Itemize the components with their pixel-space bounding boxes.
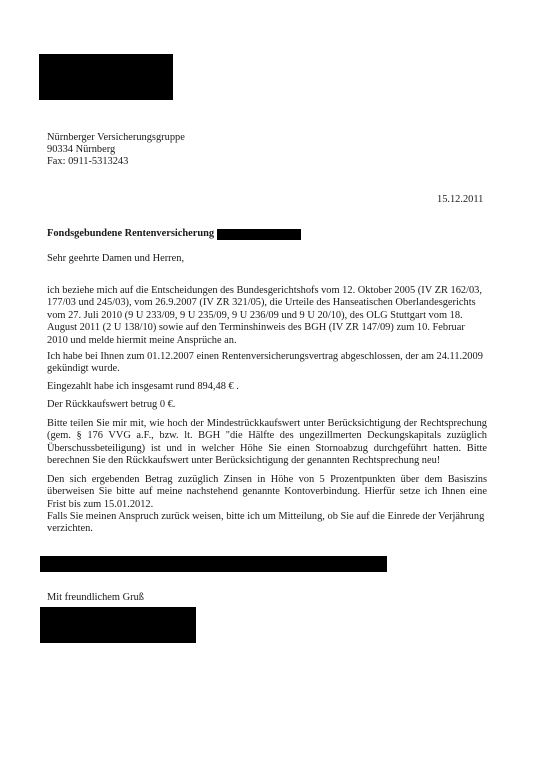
- recipient-fax: Fax: 0911-5313243: [47, 156, 185, 168]
- letter-date: 15.12.2011: [437, 194, 483, 206]
- recipient-name: Nürnberger Versicherungsgruppe: [47, 132, 185, 144]
- paragraph-request: Bitte teilen Sie mir mit, wie hoch der M…: [47, 418, 487, 468]
- redacted-signature: [40, 607, 196, 643]
- recipient-city: 90334 Nürnberg: [47, 144, 185, 156]
- paragraph-payment-deadline: Den sich ergebenden Betrag zuzüglich Zin…: [47, 474, 487, 511]
- redacted-contract-number: [217, 229, 301, 240]
- paragraph-paid-amount: Eingezahlt habe ich insgesamt rund 894,4…: [47, 381, 487, 393]
- subject-line: Fondsgebundene Rentenversicherung: [47, 228, 214, 240]
- paragraph-surrender-value: Der Rückkaufswert betrug 0 €.: [47, 399, 487, 411]
- recipient-address: Nürnberger Versicherungsgruppe 90334 Nür…: [47, 132, 185, 168]
- paragraph-limitation: Falls Sie meinen Anspruch zurück weisen,…: [47, 511, 487, 536]
- salutation: Sehr geehrte Damen und Herren,: [47, 253, 184, 265]
- closing: Mit freundlichem Gruß: [47, 592, 144, 604]
- redacted-bank-details: [40, 556, 387, 572]
- redacted-sender-block: [39, 54, 173, 100]
- letter-page: Nürnberger Versicherungsgruppe 90334 Nür…: [0, 0, 544, 770]
- paragraph-contract: Ich habe bei Ihnen zum 01.12.2007 einen …: [47, 351, 487, 376]
- paragraph-references: ich beziehe mich auf die Entscheidungen …: [47, 285, 487, 347]
